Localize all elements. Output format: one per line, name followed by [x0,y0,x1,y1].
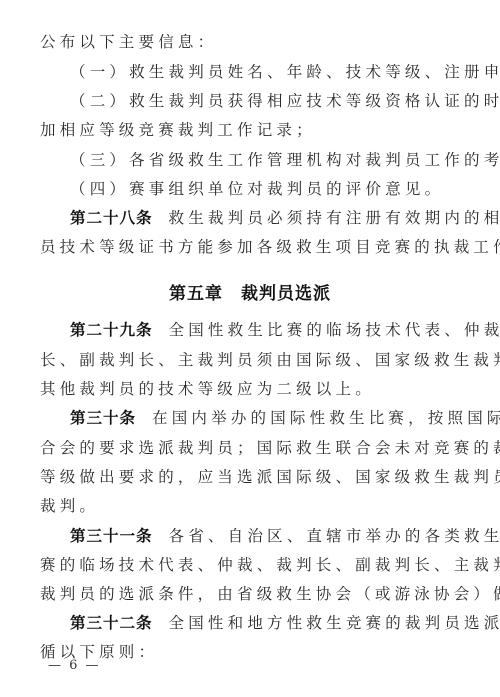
list-item-2: （二）救生裁判员获得相应技术等级资格认证的时间以及参 [70,91,464,111]
list-item-2-cont: 加相应等级竞赛裁判工作记录； [40,120,464,140]
list-item-1: （一）救生裁判员姓名、年龄、技术等级、注册申报单位； [70,62,464,82]
article-30: 第三十条在国内举办的国际性救生比赛，按照国际救生联 [70,408,464,428]
article-29-cont: 长、副裁判长、主裁判员须由国际级、国家级救生裁判员担任， [40,350,464,370]
article-28: 第二十八条救生裁判员必须持有注册有效期内的相应裁判 [70,208,464,228]
article-31-cont: 裁判员的选派条件，由省级救生协会（或游泳协会）做出规定。 [40,584,464,604]
article-label: 第三十条 [70,409,136,427]
article-text: 全国性和地方性救生竞赛的裁判员选派应当遵 [169,614,500,632]
article-label: 第二十九条 [70,321,153,339]
article-32: 第三十二条全国性和地方性救生竞赛的裁判员选派应当遵 [70,613,464,633]
document-page: 公布以下主要信息： （一）救生裁判员姓名、年龄、技术等级、注册申报单位； （二）… [0,0,500,697]
article-text: 在国内举办的国际性救生比赛，按照国际救生联 [152,409,500,427]
article-label: 第二十八条 [70,209,153,227]
article-label: 第三十一条 [70,527,153,545]
page-number: — 6 — [48,658,101,673]
list-item-3: （三）各省级救生工作管理机构对裁判员工作的考评意见； [70,150,464,170]
article-28-cont: 员技术等级证书方能参加各级救生项目竞赛的执裁工作。 [40,237,464,257]
article-30-cont: 等级做出要求的，应当选派国际级、国家级救生裁判员担任临场 [40,467,464,487]
body-line: 公布以下主要信息： [40,32,464,52]
article-31: 第三十一条各省、自治区、直辖市举办的各类救生项目竞 [70,526,464,546]
article-29-cont: 其他裁判员的技术等级应为二级以上。 [40,379,464,399]
chapter-title: 第五章 裁判员选派 [0,279,500,304]
article-32-cont: 循以下原则： [40,642,464,662]
article-label: 第三十二条 [70,614,153,632]
article-30-cont: 合会的要求选派裁判员；国际救生联合会未对竞赛的裁判员技术 [40,438,464,458]
list-item-4: （四）赛事组织单位对裁判员的评价意见。 [70,179,464,199]
article-30-cont: 裁判。 [40,496,464,516]
article-text: 全国性救生比赛的临场技术代表、仲裁、裁判 [169,321,500,339]
article-text: 各省、自治区、直辖市举办的各类救生项目竞 [169,527,500,545]
article-29: 第二十九条全国性救生比赛的临场技术代表、仲裁、裁判 [70,320,464,340]
article-31-cont: 赛的临场技术代表、仲裁、裁判长、副裁判长、主裁判员、其他 [40,555,464,575]
article-text: 救生裁判员必须持有注册有效期内的相应裁判 [169,209,500,227]
